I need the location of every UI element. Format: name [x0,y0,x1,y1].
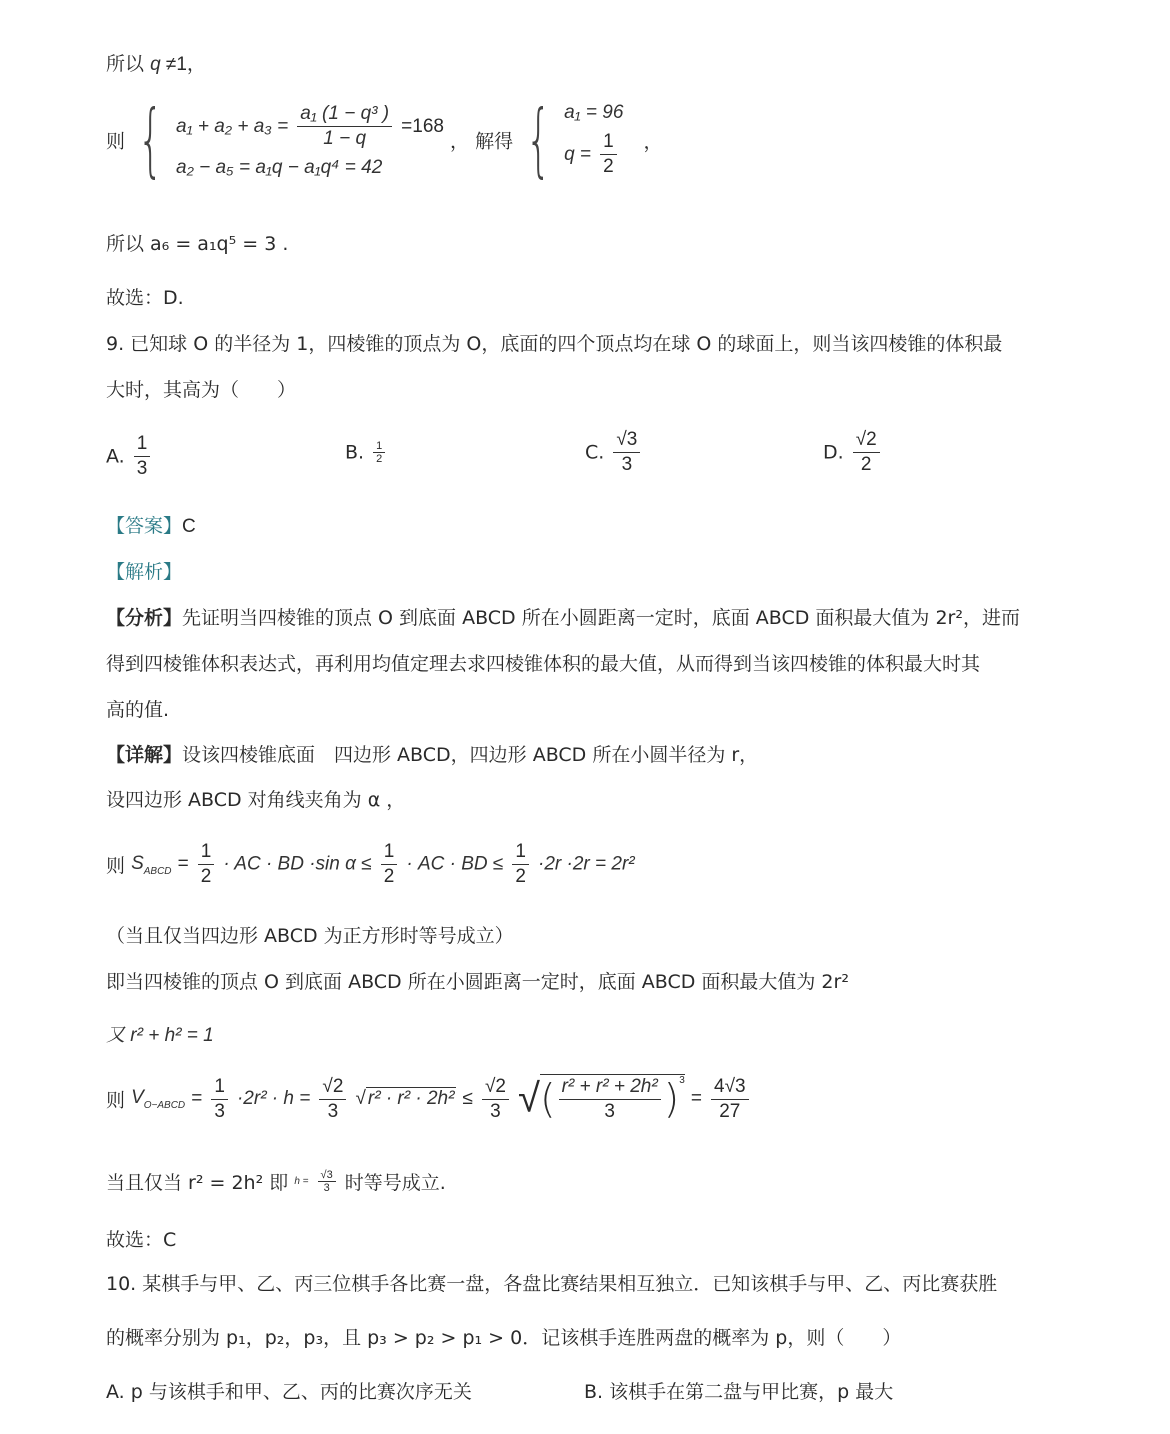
radicand: r² · r² · 2h² [366,1087,457,1109]
fraction-half: 12 [512,840,529,889]
math: ≤ [462,1088,472,1109]
fenxi-line-3: 高的值. [106,696,169,724]
math-sub: O−ABCD [144,1100,185,1111]
denominator: 3 [487,1100,504,1124]
math: = [191,1088,202,1109]
answer-line: 【答案】C [106,512,196,541]
sqrt-expression: √r² · r² · 2h² [355,1087,456,1109]
numerator: 1 [211,1075,228,1100]
option-b: B. 1 2 [345,440,388,465]
option-d: D. √2 2 [823,428,883,477]
numerator: r² + r² + 2h² [559,1075,661,1100]
math: h = [294,1176,308,1187]
denominator: 2 [198,865,215,889]
denominator: 3 [211,1100,228,1124]
left-brace-icon: { [138,100,163,180]
numerator: √2 [482,1075,509,1100]
option-a: A. 1 3 [106,432,153,481]
area-inequality: 则 SABCD = 12 · AC · BD ·sin α ≤ 12 · AC … [106,840,635,889]
option-label: D. [823,442,844,464]
fraction: a₁ (1 − q³ ) 1 − q [297,102,392,151]
math: = [178,854,189,875]
math: q = [564,144,591,165]
text-jiede: 解得 [475,131,513,153]
big-sqrt-body: (r² + r² + 2h²3)3 [540,1074,685,1124]
denominator: 2 [600,155,617,179]
denominator: 2 [858,453,875,477]
math: ·2r ·2r = 2r² [538,854,635,875]
denominator: 1 − q [320,127,369,151]
equation-system-1: 则 { a₁ + a₂ + a₃ = a₁ (1 − q³ ) 1 − q =1… [106,100,663,180]
option-label: A. [106,446,125,468]
math: = [691,1088,702,1109]
math-var: V [131,1087,144,1108]
math: =168 [401,116,444,137]
numerator: 1 [381,840,398,865]
question-9-line-1: 9. 已知球 O 的半径为 1，四棱锥的顶点为 O，底面的四个顶点均在球 O 的… [106,330,1002,358]
text: 则 [106,1090,125,1112]
question-10-option-b: B. 该棋手在第二盘与甲比赛，p 最大 [584,1378,893,1406]
numerator: √2 [319,1075,346,1100]
xiangjie-line-2: 设四边形 ABCD 对角线夹角为 α ， [106,786,405,814]
math-var: S [131,853,144,874]
text-choose-c: 故选：C [106,1226,176,1254]
text: 先证明当四棱锥的顶点 O 到底面 ABCD 所在小圆距离一定时，底面 ABCD … [182,607,1020,629]
fraction: 1 3 [134,432,151,481]
denominator: 3 [619,453,636,477]
answer-value: C [182,516,196,537]
numerator: √3 [613,428,640,453]
denominator: 3 [321,1182,333,1194]
fraction-third: 13 [211,1075,228,1124]
r-h-relation: 又 r² + h² = 1 [106,1022,214,1050]
denominator: 3 [325,1100,342,1124]
denominator: 3 [134,457,151,481]
fraction-sqrt2-3: √23 [482,1075,509,1124]
text-ze: 则 [106,131,125,153]
fenxi-line-2: 得到四棱锥体积表达式，再利用均值定理去求四棱锥体积的最大值，从而得到当该四棱锥的… [106,650,980,678]
question-10-line-1: 10. 某棋手与甲、乙、丙三位棋手各比赛一盘，各盘比赛结果相互独立．已知该棋手与… [106,1270,997,1298]
text: 所以 [106,53,144,75]
solution-list: a₁ = 96 q = 1 2 [564,102,623,179]
equation-1: a₁ + a₂ + a₃ = a₁ (1 − q³ ) 1 − q =168 [176,102,444,151]
fraction: √2 2 [853,428,880,477]
denominator: 3 [601,1100,618,1124]
text: 当且仅当 r² = 2h² 即 [106,1172,288,1194]
punct: ， [450,131,469,153]
fraction-result: 4√327 [711,1075,749,1124]
solution-2: q = 1 2 [564,130,623,179]
numerator: 1 [512,840,529,865]
math-text: ≠1 [161,54,187,75]
xiangjie-line-1: 【详解】设该四棱锥底面 四边形 ABCD，四边形 ABCD 所在小圆半径为 r， [106,741,758,769]
numerator: 1 [373,440,385,453]
math: · AC · BD ·sin α ≤ [223,854,371,875]
fraction: √3 3 [613,428,640,477]
math: · AC · BD ≤ [406,854,503,875]
math: a₁ + a₂ + a₃ = [176,116,288,137]
fenxi-tag: 【分析】 [106,607,182,629]
equality-condition: 当且仅当 r² = 2h² 即 h = √33 时等号成立. [106,1168,446,1195]
numerator: 1 [134,432,151,457]
text: 则 [106,855,125,877]
fenxi-line-1: 【分析】先证明当四棱锥的顶点 O 到底面 ABCD 所在小圆距离一定时，底面 A… [106,604,1020,632]
xiangjie-tag: 【详解】 [106,744,182,766]
volume-inequality: 则 VO−ABCD = 13 ·2r² · h = √23 √r² · r² ·… [106,1074,752,1124]
question-10-option-a: A. p 与该棋手和甲、乙、丙的比赛次序无关 [106,1378,472,1406]
paren-close: ) [664,1077,680,1123]
numerator: 1 [198,840,215,865]
denominator: 2 [373,453,385,465]
paren-open: ( [540,1077,556,1123]
denominator: 2 [381,865,398,889]
punct: ， [187,53,206,75]
left-brace-icon: { [526,100,551,180]
numerator: 4√3 [711,1075,749,1100]
numerator: a₁ (1 − q³ ) [297,102,392,127]
question-10-line-2: 的概率分别为 p₁，p₂，p₃，且 p₃ > p₂ > p₁ > 0．记该棋手连… [106,1324,901,1352]
fraction-mean: r² + r² + 2h²3 [559,1075,661,1124]
denominator: 2 [512,865,529,889]
option-label: C. [585,442,604,464]
analysis-tag: 【解析】 [106,558,182,586]
math-var: q [150,54,161,75]
numerator: √3 [318,1169,336,1182]
text-q-neq-1: 所以 q ≠1， [106,50,206,79]
text: 时等号成立. [345,1172,446,1194]
equation-list: a₁ + a₂ + a₃ = a₁ (1 − q³ ) 1 − q =168 a… [176,102,444,179]
fraction: 1 2 [600,130,617,179]
equation-2: a₂ − a₅ = a₁q − a₁q⁴ = 42 [176,157,444,179]
fraction-half: 12 [381,840,398,889]
text-choose-d: 故选：D. [106,284,184,312]
math-sub: ABCD [144,865,172,876]
answer-tag: 【答案】 [106,515,182,537]
max-area-line: 即当四棱锥的顶点 O 到底面 ABCD 所在小圆距离一定时，底面 ABCD 面积… [106,968,849,996]
math: ·2r² · h = [237,1088,310,1109]
punct: ， [643,131,662,153]
numerator: 1 [600,130,617,155]
text: 设该四棱锥底面 四边形 ABCD，四边形 ABCD 所在小圆半径为 r， [182,744,758,766]
fraction-h: √33 [318,1169,336,1194]
numerator: √2 [853,428,880,453]
exponent: 3 [679,1075,685,1086]
fraction-half: 12 [198,840,215,889]
text-a6: 所以 a₆ = a₁q⁵ = 3 . [106,230,288,258]
condition-line: （当且仅当四边形 ABCD 为正方形时等号成立） [106,922,514,950]
question-9-line-2: 大时，其高为（ ） [106,376,296,404]
fraction-sqrt2-3: √23 [319,1075,346,1124]
fraction: 1 2 [373,440,385,465]
solution-1: a₁ = 96 [564,102,623,124]
denominator: 27 [716,1100,743,1124]
option-c: C. √3 3 [585,428,643,477]
option-label: B. [345,442,364,464]
big-sqrt-icon: √ [518,1077,540,1121]
